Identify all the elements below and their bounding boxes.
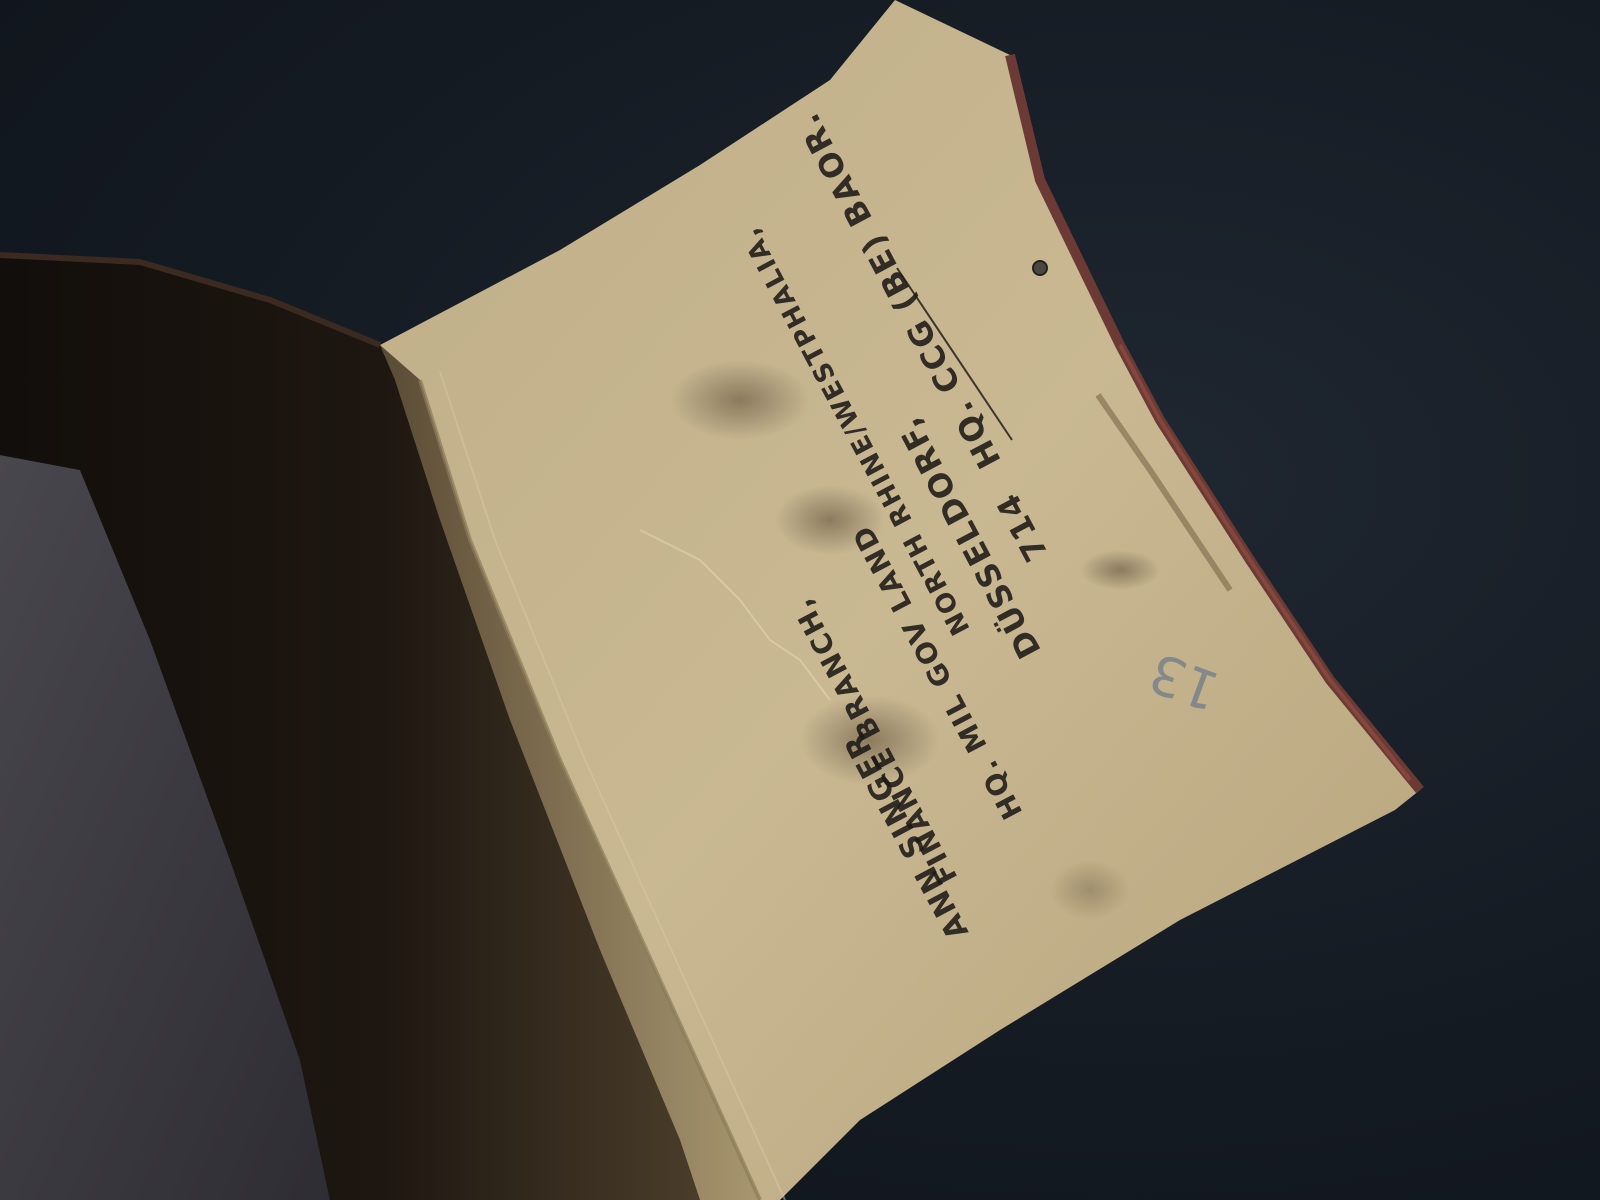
rivet <box>1033 261 1047 275</box>
photo-scene: HQ. CCG (BE) BAOR. 714 DÜSSELDORF, HQ. M… <box>0 0 1600 1200</box>
open-book <box>0 0 1600 1200</box>
